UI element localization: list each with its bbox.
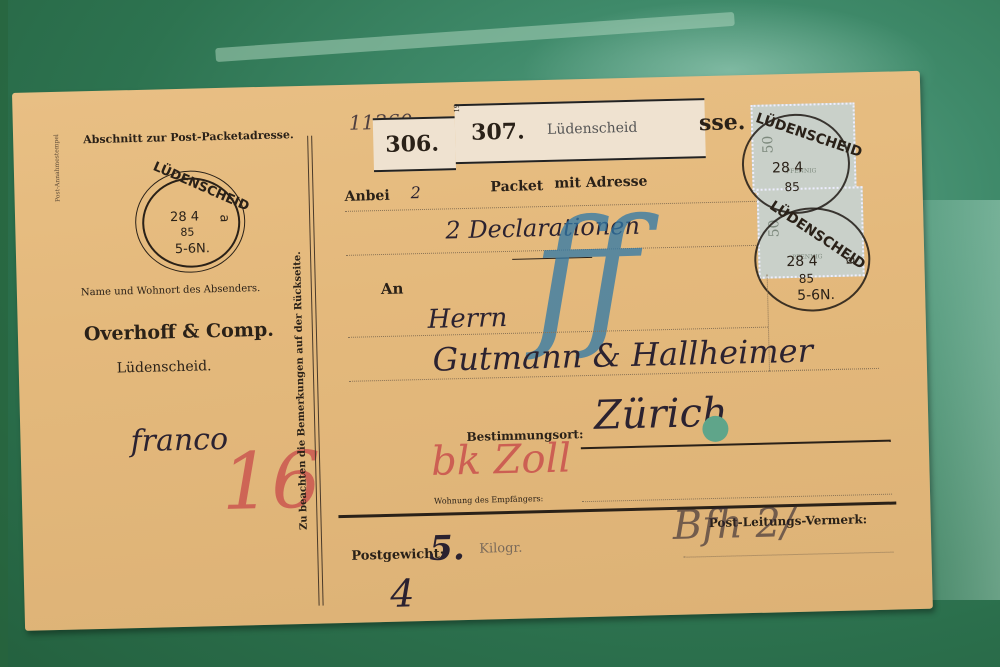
postmark-year: 85 <box>180 226 194 239</box>
postmark-date: 28 4 <box>170 209 199 225</box>
label-slip-306: 306. <box>373 116 456 172</box>
postmark-time: 5-6N. <box>175 241 210 257</box>
postgewicht-unit: Kilogr. <box>479 541 522 557</box>
leitungs-vermerk-value: Bfh 2/ <box>672 500 795 549</box>
wohnung-label: Wohnung des Empfängers: <box>434 494 543 506</box>
punch-hole <box>702 416 729 443</box>
an-label: An <box>381 279 404 298</box>
parcel-address-card: Abschnitt zur Post-Packetadresse. Post-A… <box>12 71 933 631</box>
sender-name: Overhoff & Comp. <box>84 319 274 346</box>
stamp-side-label: Post-Annahmestempel <box>53 134 62 202</box>
label-slip-307: 307. Lüdenscheid 19 <box>454 98 705 164</box>
anbei-count: 2 <box>410 183 421 202</box>
sleeve-edge <box>0 0 8 667</box>
section-heading: Abschnitt zur Post-Packetadresse. <box>83 128 294 146</box>
recipient-salutation: Herrn <box>427 303 507 335</box>
anbei-label: Anbei <box>344 188 389 205</box>
sender-label: Name und Wohnort des Absenders. <box>81 283 261 298</box>
postgewicht-value: 5. <box>429 528 465 569</box>
sender-town: Lüdenscheid. <box>117 358 212 376</box>
red-scribble: bk Zoll <box>431 435 572 484</box>
form-title-fragment: sse. <box>699 109 746 136</box>
handwritten-franco: franco <box>130 422 228 459</box>
stamp-postmark-lower: LÜDENSCHEID 28 4 85 5-6N. a <box>753 206 872 313</box>
postmark-letter: a <box>217 214 232 222</box>
sender-postmark: LÜDENSCHEID 28 4 85 5-6N. a <box>134 169 246 274</box>
handwritten-four: 4 <box>390 571 415 616</box>
